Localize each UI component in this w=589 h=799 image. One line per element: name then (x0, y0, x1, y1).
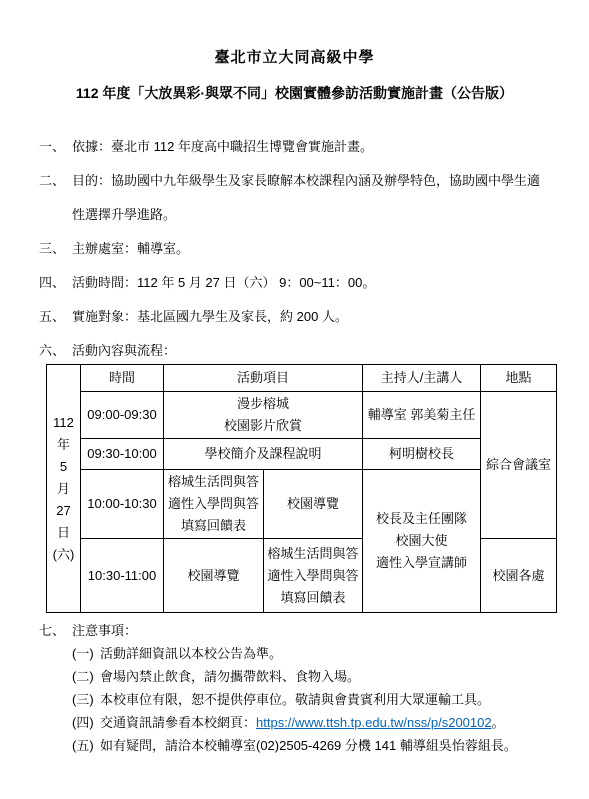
list-item-audience: 五、 實施對象：基北區國九學生及家長，約 200 人。 (39, 300, 549, 334)
table-cell-activity: 漫步榕城 校園影片欣賞 (164, 392, 363, 439)
main-list: 一、 依據：臺北市 112 年度高中職招生博覽會實施計畫。 二、 目的：協助國中… (39, 130, 549, 368)
table-cell-host: 柯明樹校長 (363, 439, 481, 470)
list-item-time: 四、 活動時間：112 年 5 月 27 日（六） 9：00~11：00。 (39, 266, 549, 300)
list-item-organizer: 三、 主辦處室：輔導室。 (39, 232, 549, 266)
list-item-text: 實施對象：基北區國九學生及家長，約 200 人。 (72, 300, 549, 334)
table-cell-activity: 學校簡介及課程說明 (164, 439, 363, 470)
table-cell-time: 09:00-09:30 (81, 392, 164, 439)
list-item-number: 三、 (39, 232, 72, 266)
table-cell-activity-right: 校園導覽 (264, 470, 363, 539)
table-cell-date: 112 年 5 月 27 日 (六) (47, 365, 81, 613)
list-item-number: 五、 (39, 300, 72, 334)
list-item-schedule-intro: 六、 活動內容與流程： (39, 334, 549, 368)
list-item-number: 六、 (39, 334, 72, 368)
list-item-number: 一、 (39, 130, 72, 164)
page-title: 臺北市立大同高級中學 (0, 0, 589, 67)
list-item-number: 四、 (39, 266, 72, 300)
table-cell-activity-left: 校園導覽 (164, 539, 264, 613)
note-number: (五) (72, 734, 100, 757)
list-item-text: 活動內容與流程： (72, 334, 549, 368)
list-item-text: 目的：協助國中九年級學生及家長瞭解本校課程內涵及辦學特色，協助國中學生適性選擇升… (72, 164, 549, 232)
note-text: 本校車位有限，恕不提供停車位。敬請與會貴賓利用大眾運輸工具。 (100, 688, 549, 711)
note-number: (三) (72, 688, 100, 711)
table-header-location: 地點 (481, 365, 557, 392)
note-item-parking: (三) 本校車位有限，恕不提供停車位。敬請與會貴賓利用大眾運輸工具。 (72, 688, 549, 711)
activity-schedule-table: 112 年 5 月 27 日 (六) 時間 活動項目 主持人/主講人 地點 09… (46, 364, 557, 613)
table-cell-host: 校長及主任團隊 校園大使 適性入學宣講師 (363, 470, 481, 613)
table-header-activity: 活動項目 (164, 365, 363, 392)
page-subtitle: 112 年度「大放異彩·與眾不同」校園實體參訪活動實施計畫（公告版） (0, 83, 589, 103)
list-item-text: 依據：臺北市 112 年度高中職招生博覽會實施計畫。 (72, 130, 549, 164)
table-cell-time: 10:30-11:00 (81, 539, 164, 613)
table-cell-time: 09:30-10:00 (81, 439, 164, 470)
table-cell-activity-left: 榕城生活問與答 適性入學問與答 填寫回饋表 (164, 470, 264, 539)
note-number: (四) (72, 711, 100, 734)
document-page: 臺北市立大同高級中學 112 年度「大放異彩·與眾不同」校園實體參訪活動實施計畫… (0, 0, 589, 799)
note-text: 如有疑問，請洽本校輔導室(02)2505-4269 分機 141 輔導組吳怡蓉組… (100, 734, 549, 757)
list-item-basis: 一、 依據：臺北市 112 年度高中職招生博覽會實施計畫。 (39, 130, 549, 164)
notes-heading: 七、 注意事項： (39, 619, 549, 642)
school-webpage-link[interactable]: https://www.ttsh.tp.edu.tw/nss/p/s200102 (256, 715, 492, 730)
note-text-before: 交通資訊請參看本校網頁： (100, 715, 256, 730)
list-item-number: 二、 (39, 164, 72, 232)
note-number: (二) (72, 665, 100, 688)
table-row: 10:30-11:00 校園導覽 榕城生活問與答 適性入學問與答 填寫回饋表 校… (47, 539, 557, 613)
note-item-traffic: (四) 交通資訊請參看本校網頁：https://www.ttsh.tp.edu.… (72, 711, 549, 734)
notes-section: 七、 注意事項： (一) 活動詳細資訊以本校公告為準。 (二) 會場內禁止飲食，… (39, 619, 549, 757)
table-row: 09:30-10:00 學校簡介及課程說明 柯明樹校長 (47, 439, 557, 470)
table-cell-activity-right: 榕城生活問與答 適性入學問與答 填寫回饋表 (264, 539, 363, 613)
table-header-time: 時間 (81, 365, 164, 392)
list-item-purpose: 二、 目的：協助國中九年級學生及家長瞭解本校課程內涵及辦學特色，協助國中學生適性… (39, 164, 549, 232)
list-item-text: 活動時間：112 年 5 月 27 日（六） 9：00~11：00。 (72, 266, 549, 300)
list-item-text: 主辦處室：輔導室。 (72, 232, 549, 266)
note-number: (一) (72, 642, 100, 665)
note-item-info: (一) 活動詳細資訊以本校公告為準。 (72, 642, 549, 665)
note-text: 會場內禁止飲食，請勿攜帶飲料、食物入場。 (100, 665, 549, 688)
table-cell-host: 輔導室 郭美菊主任 (363, 392, 481, 439)
table-row: 09:00-09:30 漫步榕城 校園影片欣賞 輔導室 郭美菊主任 綜合會議室 (47, 392, 557, 439)
table-row: 10:00-10:30 榕城生活問與答 適性入學問與答 填寫回饋表 校園導覽 校… (47, 470, 557, 539)
note-text-after: 。 (492, 715, 505, 730)
note-item-no-food: (二) 會場內禁止飲食，請勿攜帶飲料、食物入場。 (72, 665, 549, 688)
note-text: 活動詳細資訊以本校公告為準。 (100, 642, 549, 665)
table-header-host: 主持人/主講人 (363, 365, 481, 392)
note-item-contact: (五) 如有疑問，請洽本校輔導室(02)2505-4269 分機 141 輔導組… (72, 734, 549, 757)
table-cell-location: 校園各處 (481, 539, 557, 613)
note-text: 交通資訊請參看本校網頁：https://www.ttsh.tp.edu.tw/n… (100, 711, 549, 734)
notes-heading-text: 注意事項： (72, 619, 549, 642)
table-header-row: 112 年 5 月 27 日 (六) 時間 活動項目 主持人/主講人 地點 (47, 365, 557, 392)
table-cell-location: 綜合會議室 (481, 392, 557, 539)
table-cell-time: 10:00-10:30 (81, 470, 164, 539)
list-item-number: 七、 (39, 619, 72, 642)
